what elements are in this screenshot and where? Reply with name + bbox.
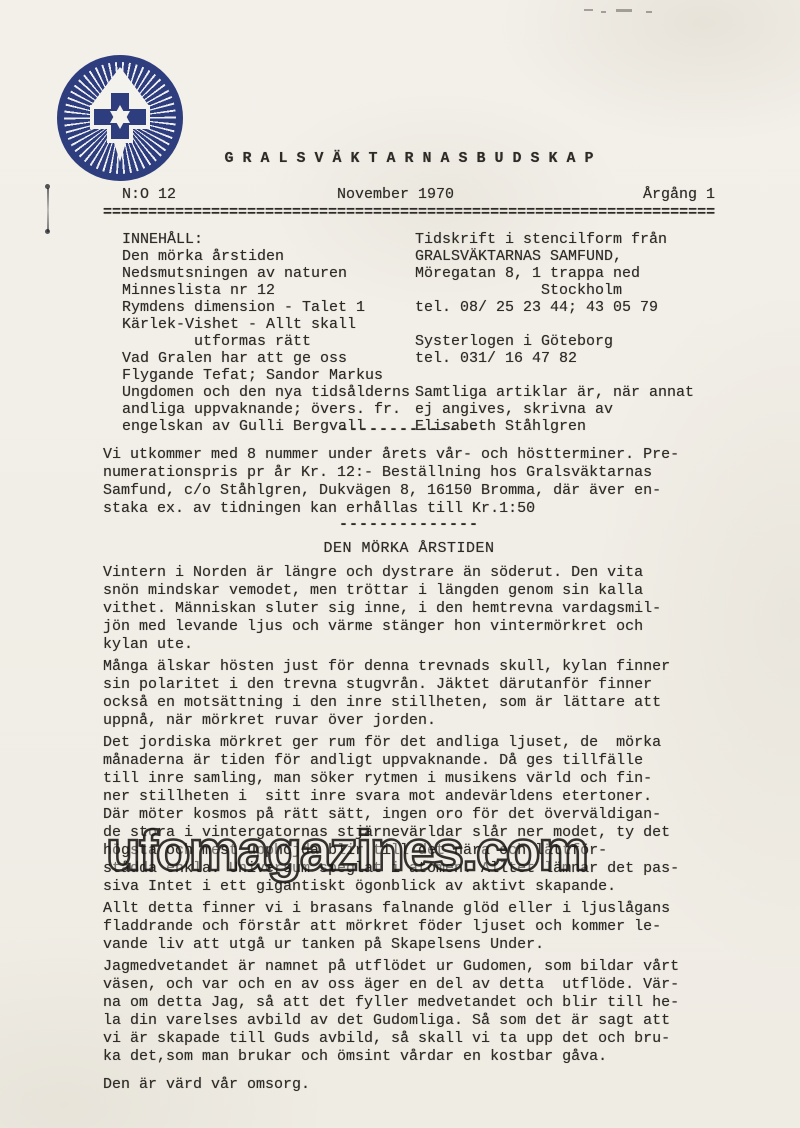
- watermark-text: ufomagazines.com: [106, 818, 587, 884]
- scan-artifact-speck: [601, 11, 606, 13]
- issue-date: November 1970: [162, 186, 629, 203]
- scan-artifact-dot: [45, 184, 50, 189]
- scan-artifact-fold-line: [47, 188, 49, 232]
- scanned-magazine-page: G R A L S V Ä K T A R N A S B U D S K A …: [0, 0, 800, 1128]
- scan-artifact-speck: [646, 11, 652, 13]
- table-of-contents: INNEHÅLL: Den mörka årstiden Nedsmutsnin…: [122, 231, 410, 435]
- scan-artifact-speck: [584, 9, 593, 11]
- issue-info-row: N:O 12 November 1970 Årgång 1: [103, 186, 715, 203]
- article-heading: DEN MÖRKA ÅRSTIDEN: [103, 540, 715, 557]
- article-closing-line: Den är värd vår omsorg.: [103, 1076, 743, 1094]
- scan-artifact-dot: [45, 229, 50, 234]
- article-paragraph: Jagmedvetandet är namnet på utflödet ur …: [103, 958, 743, 1066]
- dash-divider: --------------: [103, 516, 715, 533]
- magazine-title: G R A L S V Ä K T A R N A S B U D S K A …: [103, 150, 715, 167]
- dash-divider: --------------: [103, 421, 715, 438]
- article-paragraph: Allt detta finner vi i brasans falnande …: [103, 900, 743, 954]
- double-rule: ========================================…: [103, 204, 743, 221]
- article-paragraph: Vintern i Norden är längre och dystrare …: [103, 564, 743, 654]
- issue-volume: Årgång 1: [643, 186, 715, 203]
- scan-artifact-speck: [616, 9, 632, 12]
- subscription-info: Vi utkommer med 8 nummer under årets vår…: [103, 446, 679, 518]
- publisher-info: Tidskrift i stencilform från GRALSVÄKTAR…: [415, 231, 694, 435]
- article-paragraph: Många älskar hösten just för denna trevn…: [103, 658, 743, 730]
